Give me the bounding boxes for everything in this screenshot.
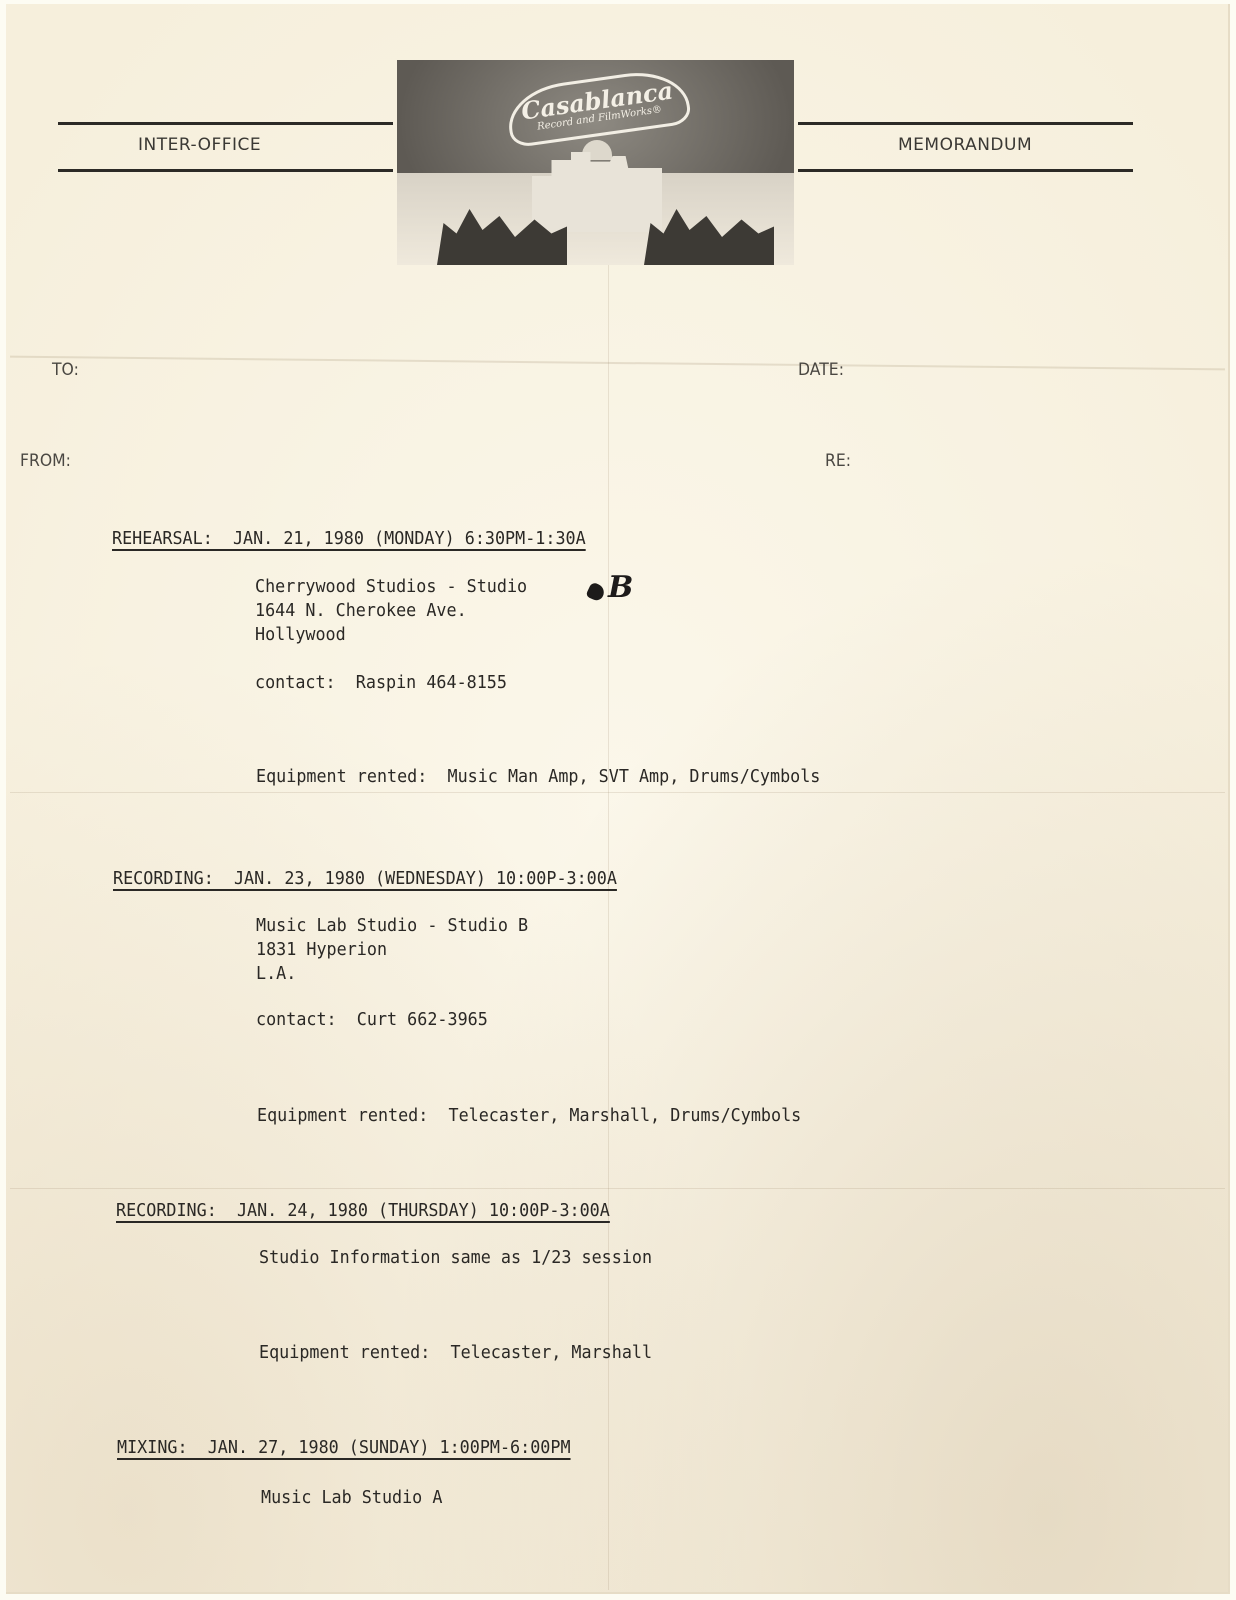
fold-crease-horizontal xyxy=(10,792,1225,793)
studio-name: Cherrywood Studios - Studio xyxy=(255,576,527,597)
handwritten-annotation: B xyxy=(608,570,633,605)
session-heading-recording: RECORDING: JAN. 23, 1980 (WEDNESDAY) 10:… xyxy=(113,868,617,889)
studio-info-note: Studio Information same as 1/23 session xyxy=(259,1247,652,1268)
equipment-rented: Equipment rented: Music Man Amp, SVT Amp… xyxy=(256,766,820,787)
fold-crease-horizontal xyxy=(10,1188,1225,1189)
to-label: TO: xyxy=(52,360,79,380)
session-heading-mixing: MIXING: JAN. 27, 1980 (SUNDAY) 1:00PM-6:… xyxy=(117,1437,571,1458)
letterhead-rule xyxy=(798,169,1133,172)
letterhead-rule xyxy=(58,169,393,172)
studio-name: Music Lab Studio A xyxy=(261,1487,442,1508)
re-label: RE: xyxy=(825,451,851,471)
studio-address: 1644 N. Cherokee Ave. xyxy=(255,600,467,621)
studio-contact: contact: Curt 662-3965 xyxy=(256,1009,488,1030)
session-heading-rehearsal: REHEARSAL: JAN. 21, 1980 (MONDAY) 6:30PM… xyxy=(112,528,586,549)
studio-city: L.A. xyxy=(256,963,296,984)
date-label: DATE: xyxy=(798,360,844,380)
casablanca-logo: Casablanca Record and FilmWorks® xyxy=(397,60,794,265)
logo-badge: Casablanca Record and FilmWorks® xyxy=(504,66,692,149)
studio-name: Music Lab Studio - Studio B xyxy=(256,915,528,936)
session-heading-recording: RECORDING: JAN. 24, 1980 (THURSDAY) 10:0… xyxy=(116,1200,610,1221)
fold-crease-vertical xyxy=(608,250,609,1590)
letterhead-rule xyxy=(798,122,1133,125)
studio-city: Hollywood xyxy=(255,624,346,645)
inter-office-label: INTER-OFFICE xyxy=(138,135,261,155)
studio-contact: contact: Raspin 464-8155 xyxy=(255,672,507,693)
logo-castle-illustration xyxy=(532,152,662,232)
memorandum-label: MEMORANDUM xyxy=(898,135,1032,155)
equipment-rented: Equipment rented: Telecaster, Marshall xyxy=(259,1342,652,1363)
from-label: FROM: xyxy=(20,451,71,471)
studio-address: 1831 Hyperion xyxy=(256,939,387,960)
equipment-rented: Equipment rented: Telecaster, Marshall, … xyxy=(257,1105,801,1126)
letterhead-rule xyxy=(58,122,393,125)
